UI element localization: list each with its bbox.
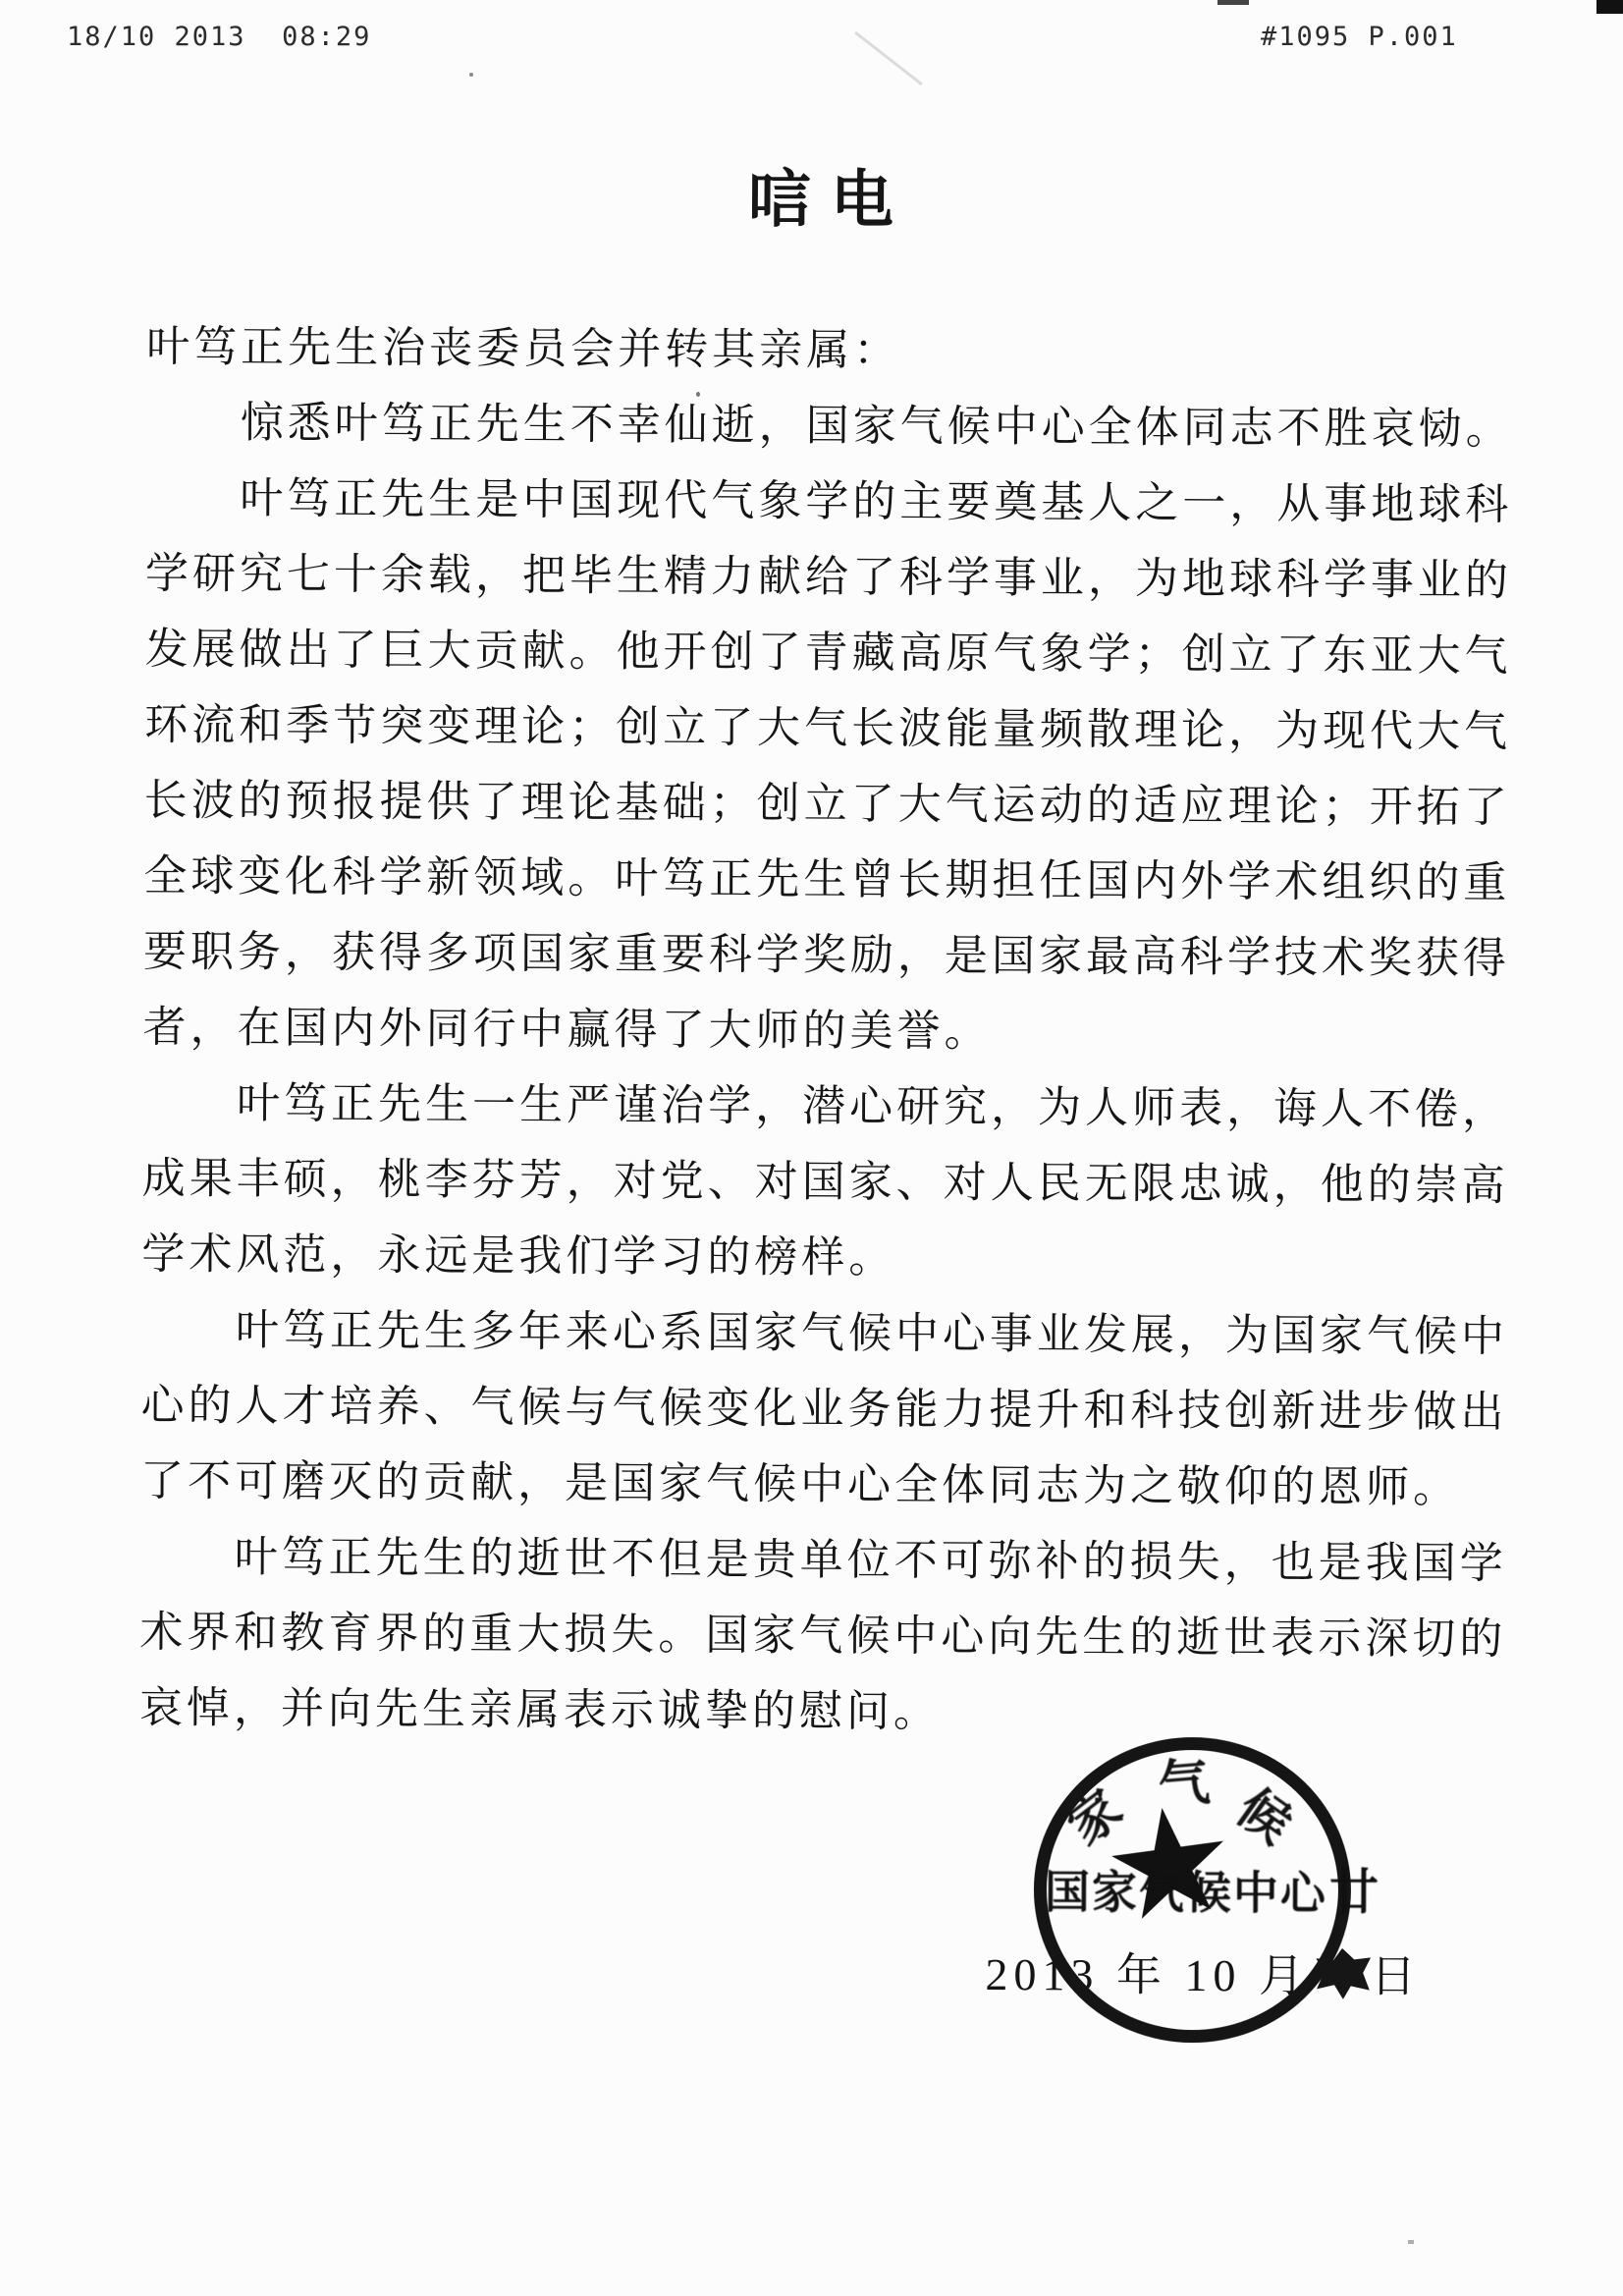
page-title: 唁电 — [147, 145, 1514, 243]
body-line: 要职务，获得多项国家重要科学奖励，是国家最高科学技术奖获得 — [143, 913, 1510, 996]
body-line: 惊悉叶笃正先生不幸仙逝，国家气候中心全体同志不胜哀恸。 — [146, 384, 1513, 466]
scan-noise-speck — [696, 392, 700, 397]
seal-smudge-mark: 廿 — [1329, 1865, 1380, 1920]
seal-unit-name-text: 国家气候中心 — [1045, 1867, 1327, 1919]
seal-arc-char: 气 — [1156, 1740, 1213, 1818]
ink-blob-over-day — [1316, 1948, 1371, 1999]
body-line: 哀悼，并向先生亲属表示诚挚的慰问。 — [139, 1669, 1506, 1752]
body-line: 长波的预报提供了理论基础；创立了大气运动的适应理论；开拓了 — [144, 762, 1511, 845]
body-line: 发展做出了巨大贡献。他开创了青藏高原气象学；创立了东亚大气 — [144, 611, 1511, 693]
scan-noise-speck — [469, 73, 473, 77]
scan-noise-mark — [1596, 0, 1623, 14]
body-line: 叶笃正先生的逝世不但是贵单位不可弥补的损失，也是我国学 — [140, 1518, 1507, 1601]
body-line: 叶笃正先生一生严谨治学，潜心研究，为人师表，诲人不倦， — [142, 1065, 1509, 1147]
scan-noise-mark — [1217, 0, 1249, 5]
body-line: 叶笃正先生多年来心系国家气候中心事业发展，为国家气候中 — [141, 1291, 1508, 1374]
body-line: 学研究七十余载，把毕生精力献给了科学事业，为地球科学事业的 — [145, 535, 1512, 618]
document-content: 唁电 叶笃正先生治丧委员会并转其亲属： 惊悉叶笃正先生不幸仙逝，国家气候中心全体… — [0, 0, 1623, 2296]
body-line: 了不可磨灭的贡献，是国家气候中心全体同志为之敬仰的恩师。 — [140, 1443, 1507, 1525]
body-line: 术界和教育界的重大损失。国家气候中心向先生的逝世表示深切的 — [139, 1594, 1506, 1676]
date-text: 2013 年 10 月 — [985, 1949, 1310, 2001]
body-line: 环流和季节突变理论；创立了大气长波能量频散理论，为现代大气 — [144, 686, 1511, 769]
scan-noise-speck — [428, 868, 432, 872]
body-line: 者，在国内外同行中赢得了大师的美誉。 — [142, 989, 1509, 1071]
fax-page: 18/10 2013 08:29 #1095 P.001 唁电 叶笃正先生治丧委… — [0, 0, 1623, 2296]
body-line: 叶笃正先生是中国现代气象学的主要奠基人之一，从事地球科 — [145, 460, 1512, 542]
scan-noise-speck — [1408, 2240, 1414, 2244]
seal-unit-name: 国家气候中心廿 — [1045, 1865, 1380, 1920]
body-line: 全球变化科学新领域。叶笃正先生曾长期担任国内外学术组织的重 — [143, 838, 1510, 920]
body-line: 成果丰硕，桃李芬芳，对党、对国家、对人民无限忠诚，他的崇高 — [142, 1140, 1509, 1223]
body-line: 学术风范，永远是我们学习的榜样。 — [141, 1216, 1508, 1298]
date-line: 2013 年 10 月日 — [985, 1946, 1422, 2004]
body-line: 心的人才培养、气候与气候变化业务能力提升和科技创新进步做出 — [140, 1367, 1507, 1449]
letter-body: 叶笃正先生治丧委员会并转其亲属： 惊悉叶笃正先生不幸仙逝，国家气候中心全体同志不… — [139, 308, 1514, 1752]
salutation-line: 叶笃正先生治丧委员会并转其亲属： — [146, 308, 1513, 391]
date-day-suffix: 日 — [1371, 1951, 1422, 2001]
